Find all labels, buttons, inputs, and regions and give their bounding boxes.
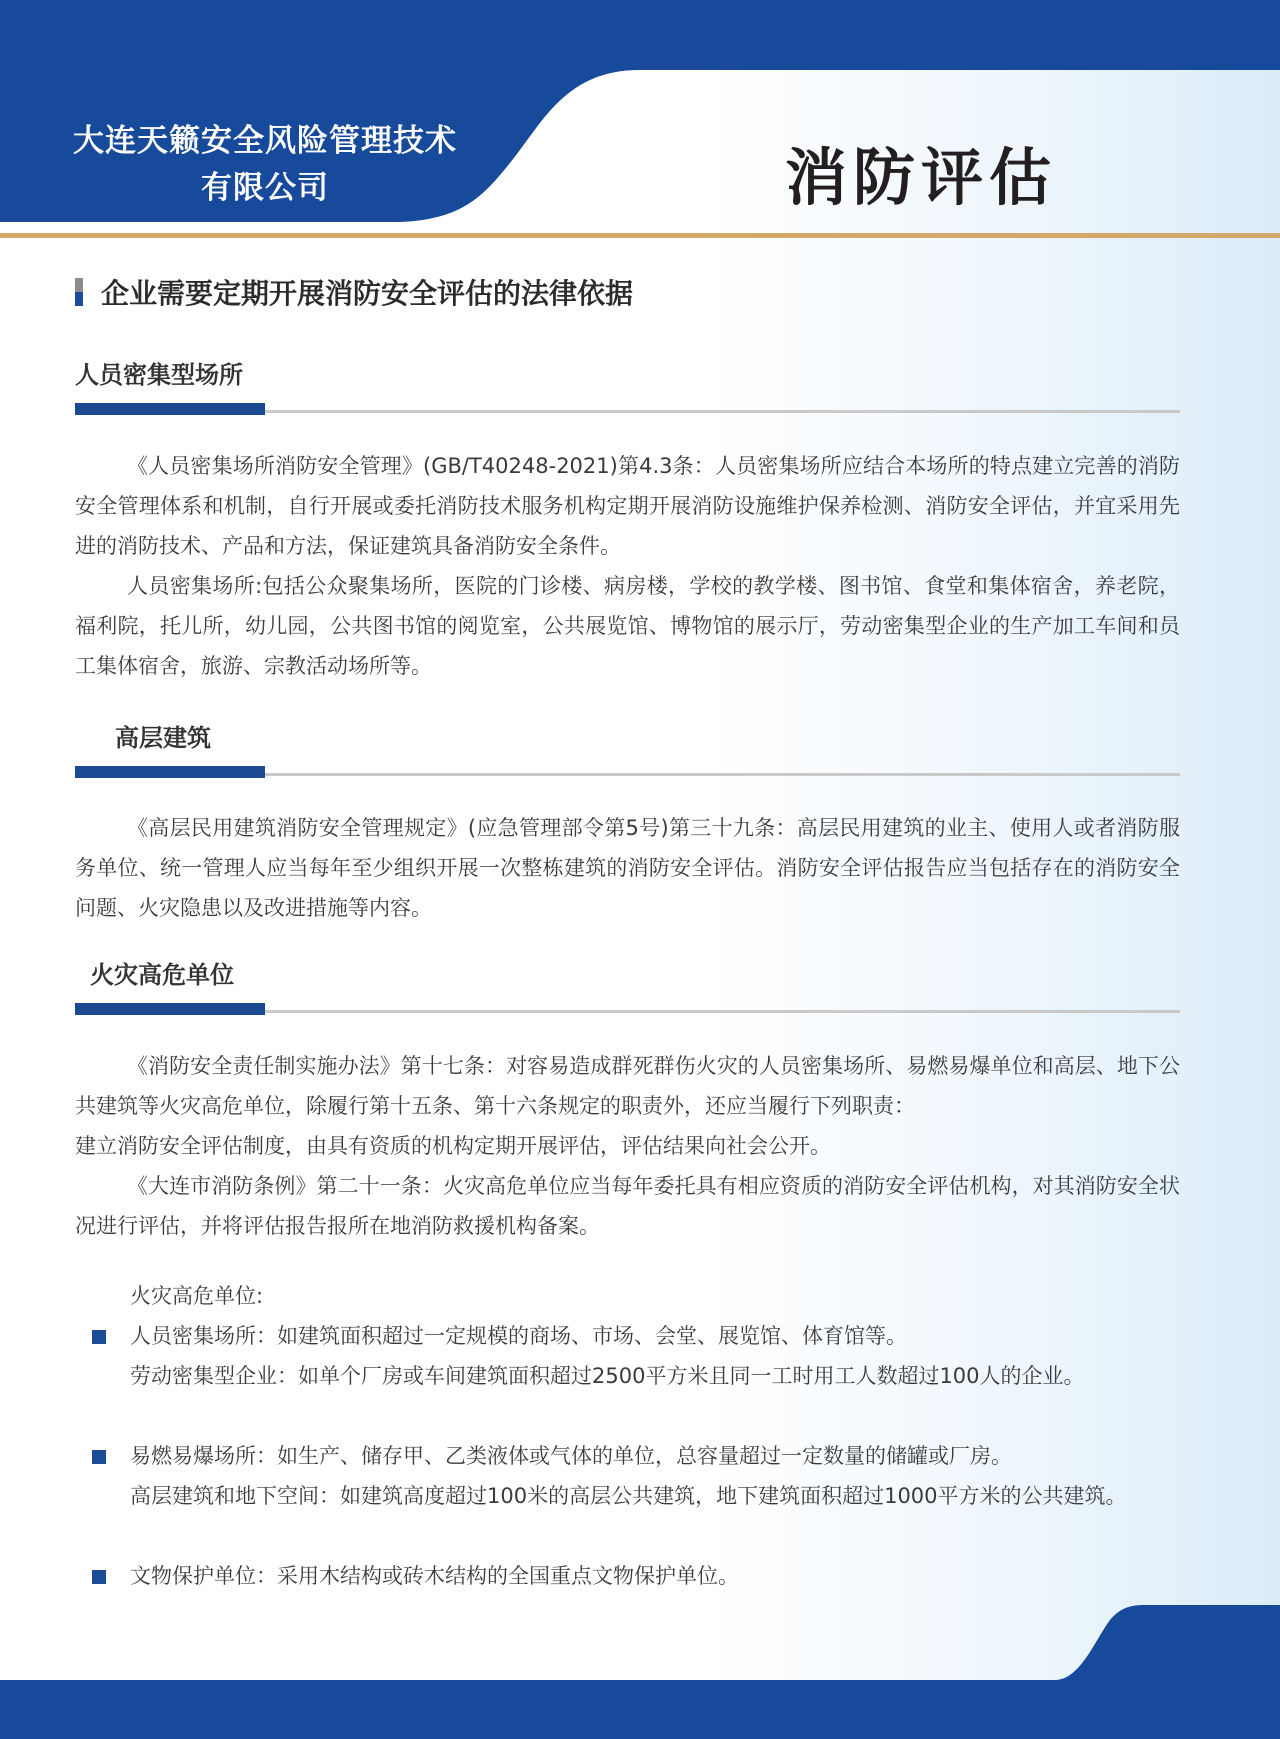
page-title: 消防评估: [785, 128, 1057, 217]
section-heading-high-rise: 高层建筑: [115, 718, 211, 753]
square-bullet-icon: [92, 1570, 106, 1584]
section-heading-high-risk: 火灾高危单位: [90, 955, 234, 990]
paragraph: 《大连市消防条例》第二十一条：火灾高危单位应当每年委托具有相应资质的消防安全评估…: [75, 1166, 1180, 1246]
section-divider: [75, 1003, 1180, 1015]
square-bullet-icon: [92, 1450, 106, 1464]
gold-divider: [0, 233, 1280, 238]
heading-bar-icon: [75, 278, 83, 306]
section-heading-crowded-places: 人员密集型场所: [75, 355, 243, 390]
main-heading-text: 企业需要定期开展消防安全评估的法律依据: [101, 272, 633, 312]
list-item: 高层建筑和地下空间：如建筑高度超过100米的高层公共建筑，地下建筑面积超过100…: [130, 1476, 1180, 1516]
list-item: 人员密集场所：如建筑面积超过一定规模的商场、市场、会堂、展览馆、体育馆等。: [130, 1316, 1180, 1356]
section-divider: [75, 403, 1180, 415]
footer-banner-shape: [0, 1600, 1280, 1739]
paragraph: 《人员密集场所消防安全管理》(GB/T40248-2021)第4.3条：人员密集…: [75, 446, 1180, 566]
list-title: 火灾高危单位:: [130, 1276, 1180, 1316]
main-heading: 企业需要定期开展消防安全评估的法律依据: [75, 272, 633, 312]
square-bullet-icon: [92, 1330, 106, 1344]
company-name-line1: 大连天籁安全风险管理技术: [50, 118, 480, 165]
company-name: 大连天籁安全风险管理技术 有限公司: [50, 118, 480, 212]
paragraph: 《高层民用建筑消防安全管理规定》(应急管理部令第5号)第三十九条：高层民用建筑的…: [75, 808, 1180, 928]
paragraph: 建立消防安全评估制度，由具有资质的机构定期开展评估，评估结果向社会公开。: [75, 1126, 1180, 1166]
list-item: 文物保护单位：采用木结构或砖木结构的全国重点文物保护单位。: [130, 1556, 1180, 1596]
section-divider: [75, 766, 1180, 778]
list-item: 劳动密集型企业：如单个厂房或车间建筑面积超过2500平方米且同一工时用工人数超过…: [130, 1356, 1180, 1396]
company-name-line2: 有限公司: [50, 165, 480, 212]
list-item: 易燃易爆场所：如生产、储存甲、乙类液体或气体的单位，总容量超过一定数量的储罐或厂…: [130, 1436, 1180, 1476]
paragraph: 《消防安全责任制实施办法》第十七条：对容易造成群死群伤火灾的人员密集场所、易燃易…: [75, 1046, 1180, 1126]
paragraph: 人员密集场所:包括公众聚集场所，医院的门诊楼、病房楼，学校的教学楼、图书馆、食堂…: [75, 566, 1180, 686]
